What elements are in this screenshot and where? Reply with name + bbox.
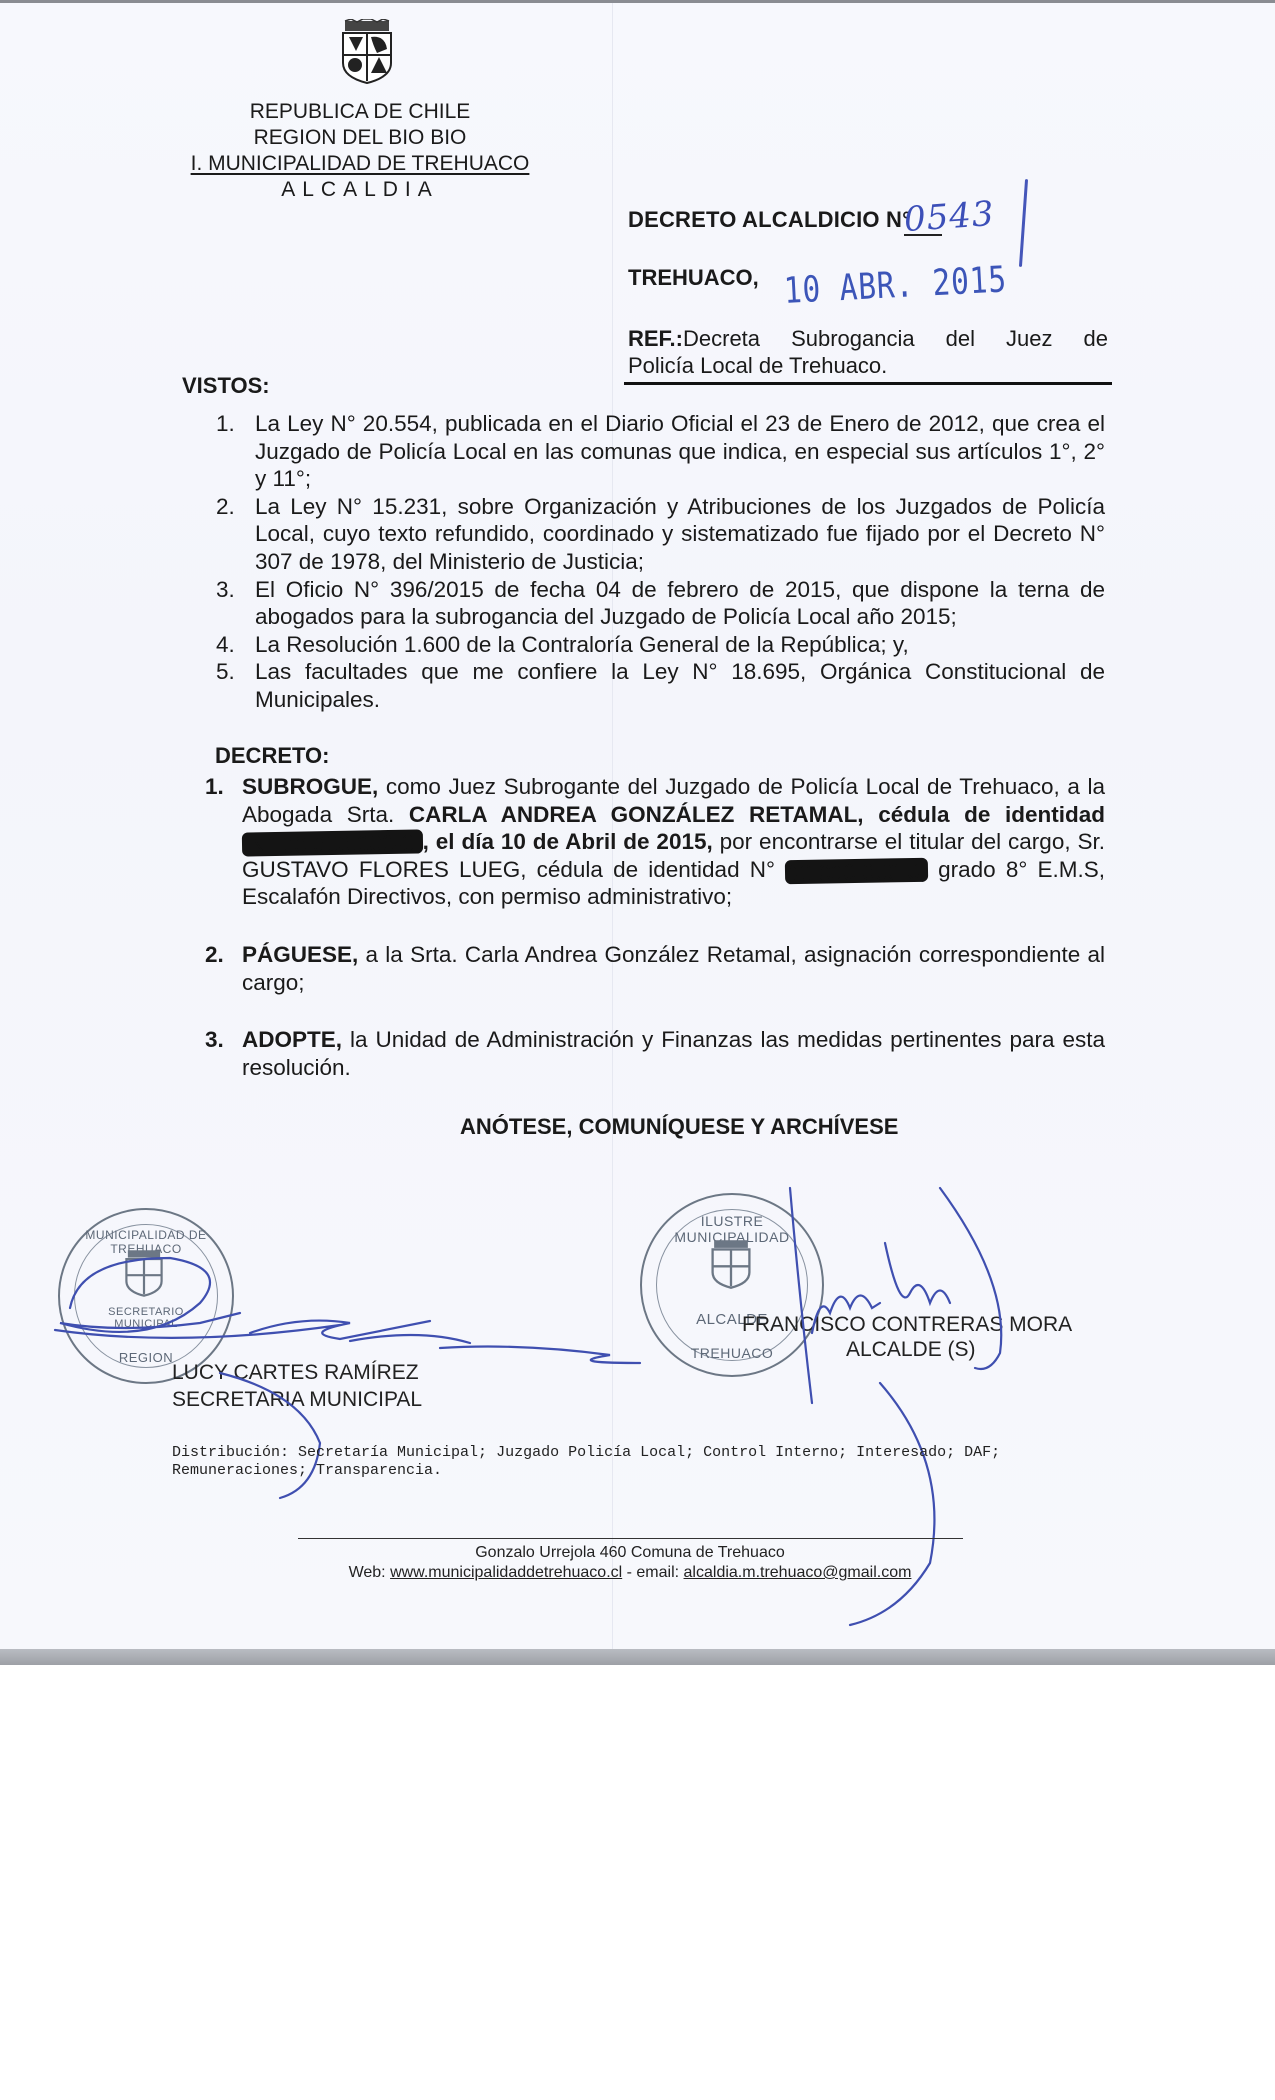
redacted-id-block: N° 00.000.000-0 xyxy=(242,830,423,857)
footer-address: Gonzalo Urrejola 460 Comuna de Trehuaco xyxy=(280,1543,980,1563)
item-verb: ADOPTE, xyxy=(242,1027,342,1052)
mayor-role: ALCALDE (S) xyxy=(846,1336,976,1363)
secretary-stamp: MUNICIPALIDAD DE TREHUACO SECRETARIO MUN… xyxy=(58,1208,234,1384)
footer-contact: Web: www.municipalidaddetrehuaco.cl - em… xyxy=(280,1563,980,1583)
decreto-list: 1.SUBROGUE, como Juez Subrogante del Juz… xyxy=(200,773,1105,1081)
distribution-text: Secretaría Municipal; Juzgado Policía Lo… xyxy=(172,1444,1000,1479)
place-label: TREHUACO, xyxy=(628,265,759,291)
item-text: La Resolución 1.600 de la Contraloría Ge… xyxy=(255,632,909,657)
vistos-item: 3.El Oficio N° 396/2015 de fecha 04 de f… xyxy=(200,576,1105,631)
item-text: a la Srta. Carla Andrea González Retamal… xyxy=(242,942,1105,995)
appointment-date: , el día 10 de Abril de 2015, xyxy=(423,829,713,854)
coat-of-arms-icon xyxy=(337,19,397,85)
appointee-name: CARLA ANDREA GONZÁLEZ RETAMAL, cédula de… xyxy=(409,802,1105,827)
item-number: 2. xyxy=(205,941,224,969)
item-number: 3. xyxy=(205,1026,224,1054)
item-number: 3. xyxy=(216,576,235,604)
vistos-item: 5.Las facultades que me confiere la Ley … xyxy=(200,658,1105,713)
decreto-item-subrogue: 1.SUBROGUE, como Juez Subrogante del Juz… xyxy=(200,773,1105,911)
closing-formula: ANÓTESE, COMUNÍQUESE Y ARCHÍVESE xyxy=(460,1114,898,1140)
mayor-stamp: ILUSTRE MUNICIPALIDAD ALCALDE TREHUACO xyxy=(640,1193,824,1377)
handwritten-stroke xyxy=(1019,179,1028,267)
item-number: 5. xyxy=(216,658,235,686)
website-link[interactable]: www.municipalidaddetrehuaco.cl xyxy=(390,1564,622,1581)
letterhead-country: REPUBLICA DE CHILE xyxy=(150,99,570,125)
letterhead-office: ALCALDIA xyxy=(150,177,570,203)
distribution-label: Distribución: xyxy=(172,1444,289,1461)
secretary-role: SECRETARIA MUNICIPAL xyxy=(172,1386,422,1413)
coat-of-arms-icon xyxy=(122,1248,166,1298)
item-text: Las facultades que me confiere la Ley N°… xyxy=(255,659,1105,712)
vistos-list: 1.La Ley N° 20.554, publicada en el Diar… xyxy=(200,410,1105,714)
distribution-list: Distribución: Secretaría Municipal; Juzg… xyxy=(172,1444,1112,1480)
reference-line-1: REF.:Decreta Subrogancia del Juez de xyxy=(628,325,1108,352)
letterhead-municipality: I. MUNICIPALIDAD DE TREHUACO xyxy=(150,151,570,177)
item-number: 4. xyxy=(216,631,235,659)
stamp-bottom-text: TREHUACO xyxy=(642,1345,822,1361)
coat-of-arms-icon xyxy=(708,1237,754,1291)
item-verb: SUBROGUE, xyxy=(242,774,378,799)
item-text: la Unidad de Administración y Finanzas l… xyxy=(242,1027,1105,1080)
vistos-title: VISTOS: xyxy=(182,373,270,399)
reference-divider xyxy=(624,382,1112,385)
redacted-id-block: 00.000.000-0, xyxy=(785,858,928,884)
letterhead-region: REGION DEL BIO BIO xyxy=(150,125,570,151)
item-number: 1. xyxy=(205,773,224,801)
item-text: La Ley N° 20.554, publicada en el Diario… xyxy=(255,411,1105,491)
secretary-name: LUCY CARTES RAMÍREZ xyxy=(172,1359,419,1386)
vistos-item: 1.La Ley N° 20.554, publicada en el Diar… xyxy=(200,410,1105,493)
date-stamp: 10 ABR. 2015 xyxy=(783,259,1008,312)
stamp-center-text: SECRETARIO MUNICIPAL xyxy=(60,1306,232,1330)
decree-number-handwritten: 0543 xyxy=(903,194,996,240)
item-number: 2. xyxy=(216,493,235,521)
item-text: La Ley N° 15.231, sobre Organización y A… xyxy=(255,494,1105,574)
footer-divider xyxy=(298,1538,963,1539)
reference-text-1: Decreta Subrogancia del Juez de xyxy=(683,326,1108,351)
mayor-name: FRANCISCO CONTRERAS MORA xyxy=(742,1311,1072,1338)
decreto-item-paguese: 2.PÁGUESE, a la Srta. Carla Andrea Gonzá… xyxy=(200,941,1105,996)
scanned-page: REPUBLICA DE CHILE REGION DEL BIO BIO I.… xyxy=(0,0,1275,1665)
email-label: - email: xyxy=(622,1564,683,1581)
web-label: Web: xyxy=(349,1564,391,1581)
vistos-item: 4.La Resolución 1.600 de la Contraloría … xyxy=(200,631,1105,659)
email-link[interactable]: alcaldia.m.trehuaco@gmail.com xyxy=(684,1564,912,1581)
item-verb: PÁGUESE, xyxy=(242,942,358,967)
reference-label: REF.: xyxy=(628,326,683,351)
item-text: El Oficio N° 396/2015 de fecha 04 de feb… xyxy=(255,577,1105,630)
decree-number-label: DECRETO ALCALDICIO N° xyxy=(628,207,911,233)
vistos-item: 2.La Ley N° 15.231, sobre Organización y… xyxy=(200,493,1105,576)
decreto-title: DECRETO: xyxy=(215,743,330,769)
scanner-edge xyxy=(0,1649,1275,1665)
item-number: 1. xyxy=(216,410,235,438)
decreto-item-adopte: 3.ADOPTE, la Unidad de Administración y … xyxy=(200,1026,1105,1081)
reference-line-2: Policía Local de Trehuaco. xyxy=(628,352,887,379)
